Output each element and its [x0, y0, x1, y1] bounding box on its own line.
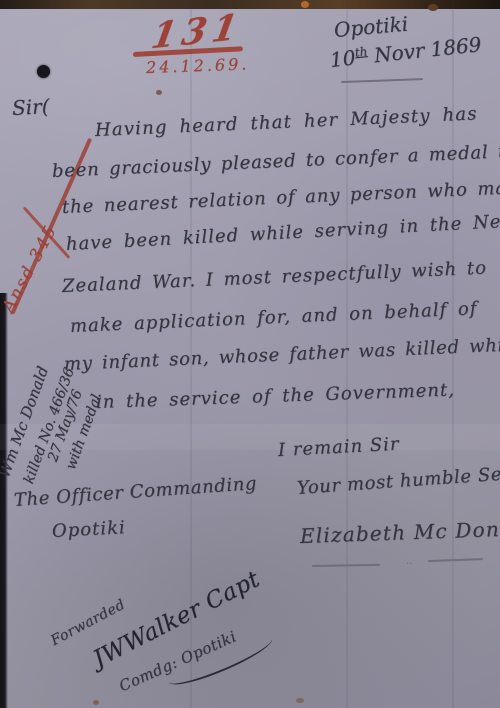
sender-signature: Elizabeth Mc Donald [300, 516, 500, 548]
body-line: Having heard that her Majesty has [95, 103, 479, 141]
signature-pencil-marks: .. [406, 556, 412, 567]
paper-stain [301, 1, 309, 8]
body-line: my infant son, whose father was killed w… [64, 334, 500, 375]
punch-hole [37, 65, 50, 78]
body-line: Zealand War. I most respectfully wish to [62, 257, 488, 297]
body-line: make application for, and on behalf of [70, 298, 478, 337]
body-line: have been killed while serving in the Ne… [65, 210, 500, 255]
body-line: been graciously pleased to confer a meda… [52, 141, 500, 182]
closing-line: Your most humble Servt. [296, 461, 500, 499]
paper-stain [70, 2, 77, 8]
red-margin-note: Ansd 345 [0, 221, 61, 316]
heading-date-day: 10 [329, 45, 357, 72]
heading-place: Opotiki [333, 12, 409, 42]
addressee-line: The Officer Commanding [13, 473, 257, 511]
paper-stain [156, 90, 162, 95]
addressee-line: Opotiki [51, 517, 126, 542]
heading-date-underline [341, 78, 423, 82]
paper-stain [296, 698, 304, 703]
paper-stain [428, 4, 438, 11]
paper-stain [93, 700, 99, 705]
body-line: the nearest relation of any person who m… [62, 177, 500, 218]
body-line: in the service of the Government, [96, 379, 456, 413]
paper-left-dark-edge [0, 293, 8, 708]
signature-pencil-dash [428, 558, 483, 561]
letter-page: 131 24.12.69. Opotiki 10th Novr 1869 Ans… [0, 0, 500, 708]
salutation: Sir( [11, 94, 50, 120]
registry-date: 24.12.69. [146, 54, 250, 77]
